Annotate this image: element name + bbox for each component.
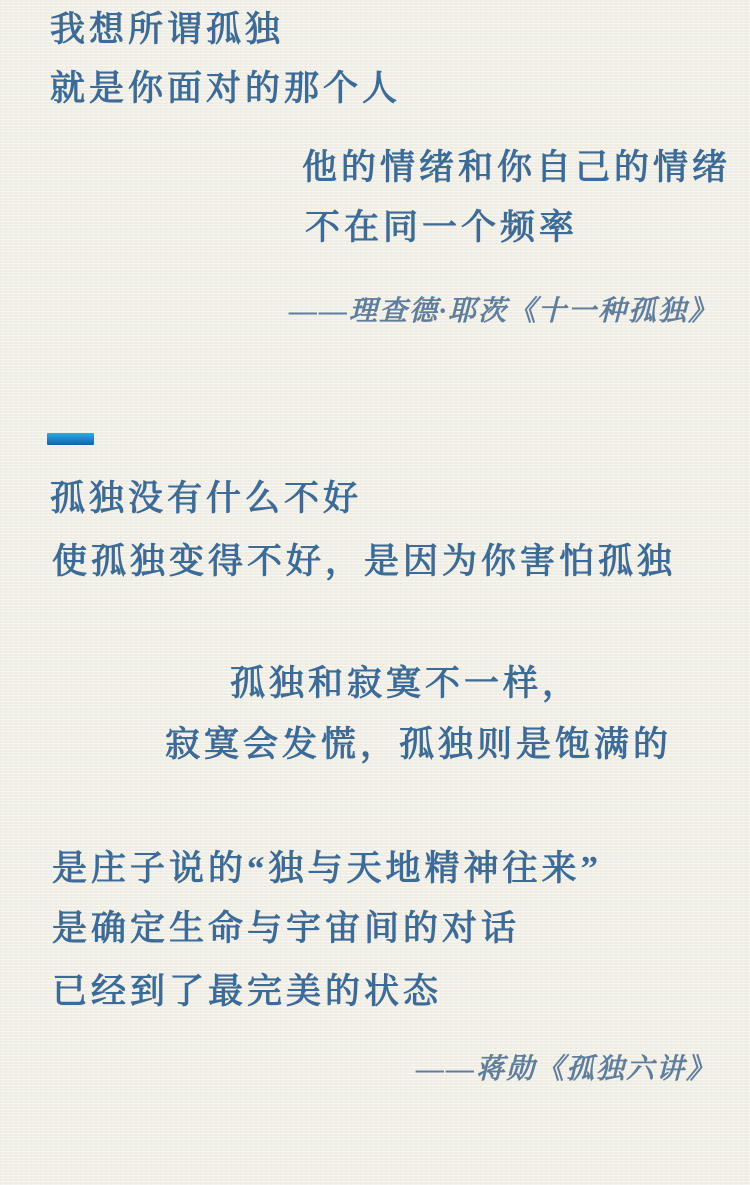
quote2-line-7: 已经到了最完美的状态: [52, 972, 442, 1012]
quote1-line-1: 我想所谓孤独: [50, 10, 284, 50]
quote2-line-2: 使孤独变得不好，是因为你害怕孤独: [52, 542, 676, 582]
quote1-line-4: 不在同一个频率: [305, 208, 578, 248]
quote2-line-5: 是庄子说的“独与天地精神往来”: [52, 849, 602, 889]
quote1-attribution: ——理查德·耶茨《十一种孤独》: [289, 295, 718, 329]
quote2-line-6: 是确定生命与宇宙间的对话: [52, 909, 520, 949]
quote2-attribution: ——蒋勋《孤独六讲》: [416, 1053, 716, 1087]
divider-bar: [47, 433, 94, 445]
quote2-line-3: 孤独和寂寞不一样，: [230, 664, 581, 704]
quote2-line-4: 寂寞会发慌，孤独则是饱满的: [165, 725, 672, 765]
quote2-line-1: 孤独没有什么不好: [50, 479, 362, 519]
quote1-line-2: 就是你面对的那个人: [50, 69, 401, 109]
quote-poster: 我想所谓孤独 就是你面对的那个人 他的情绪和你自己的情绪 不在同一个频率 ——理…: [0, 0, 750, 1185]
quote1-line-3: 他的情绪和你自己的情绪: [302, 148, 731, 188]
